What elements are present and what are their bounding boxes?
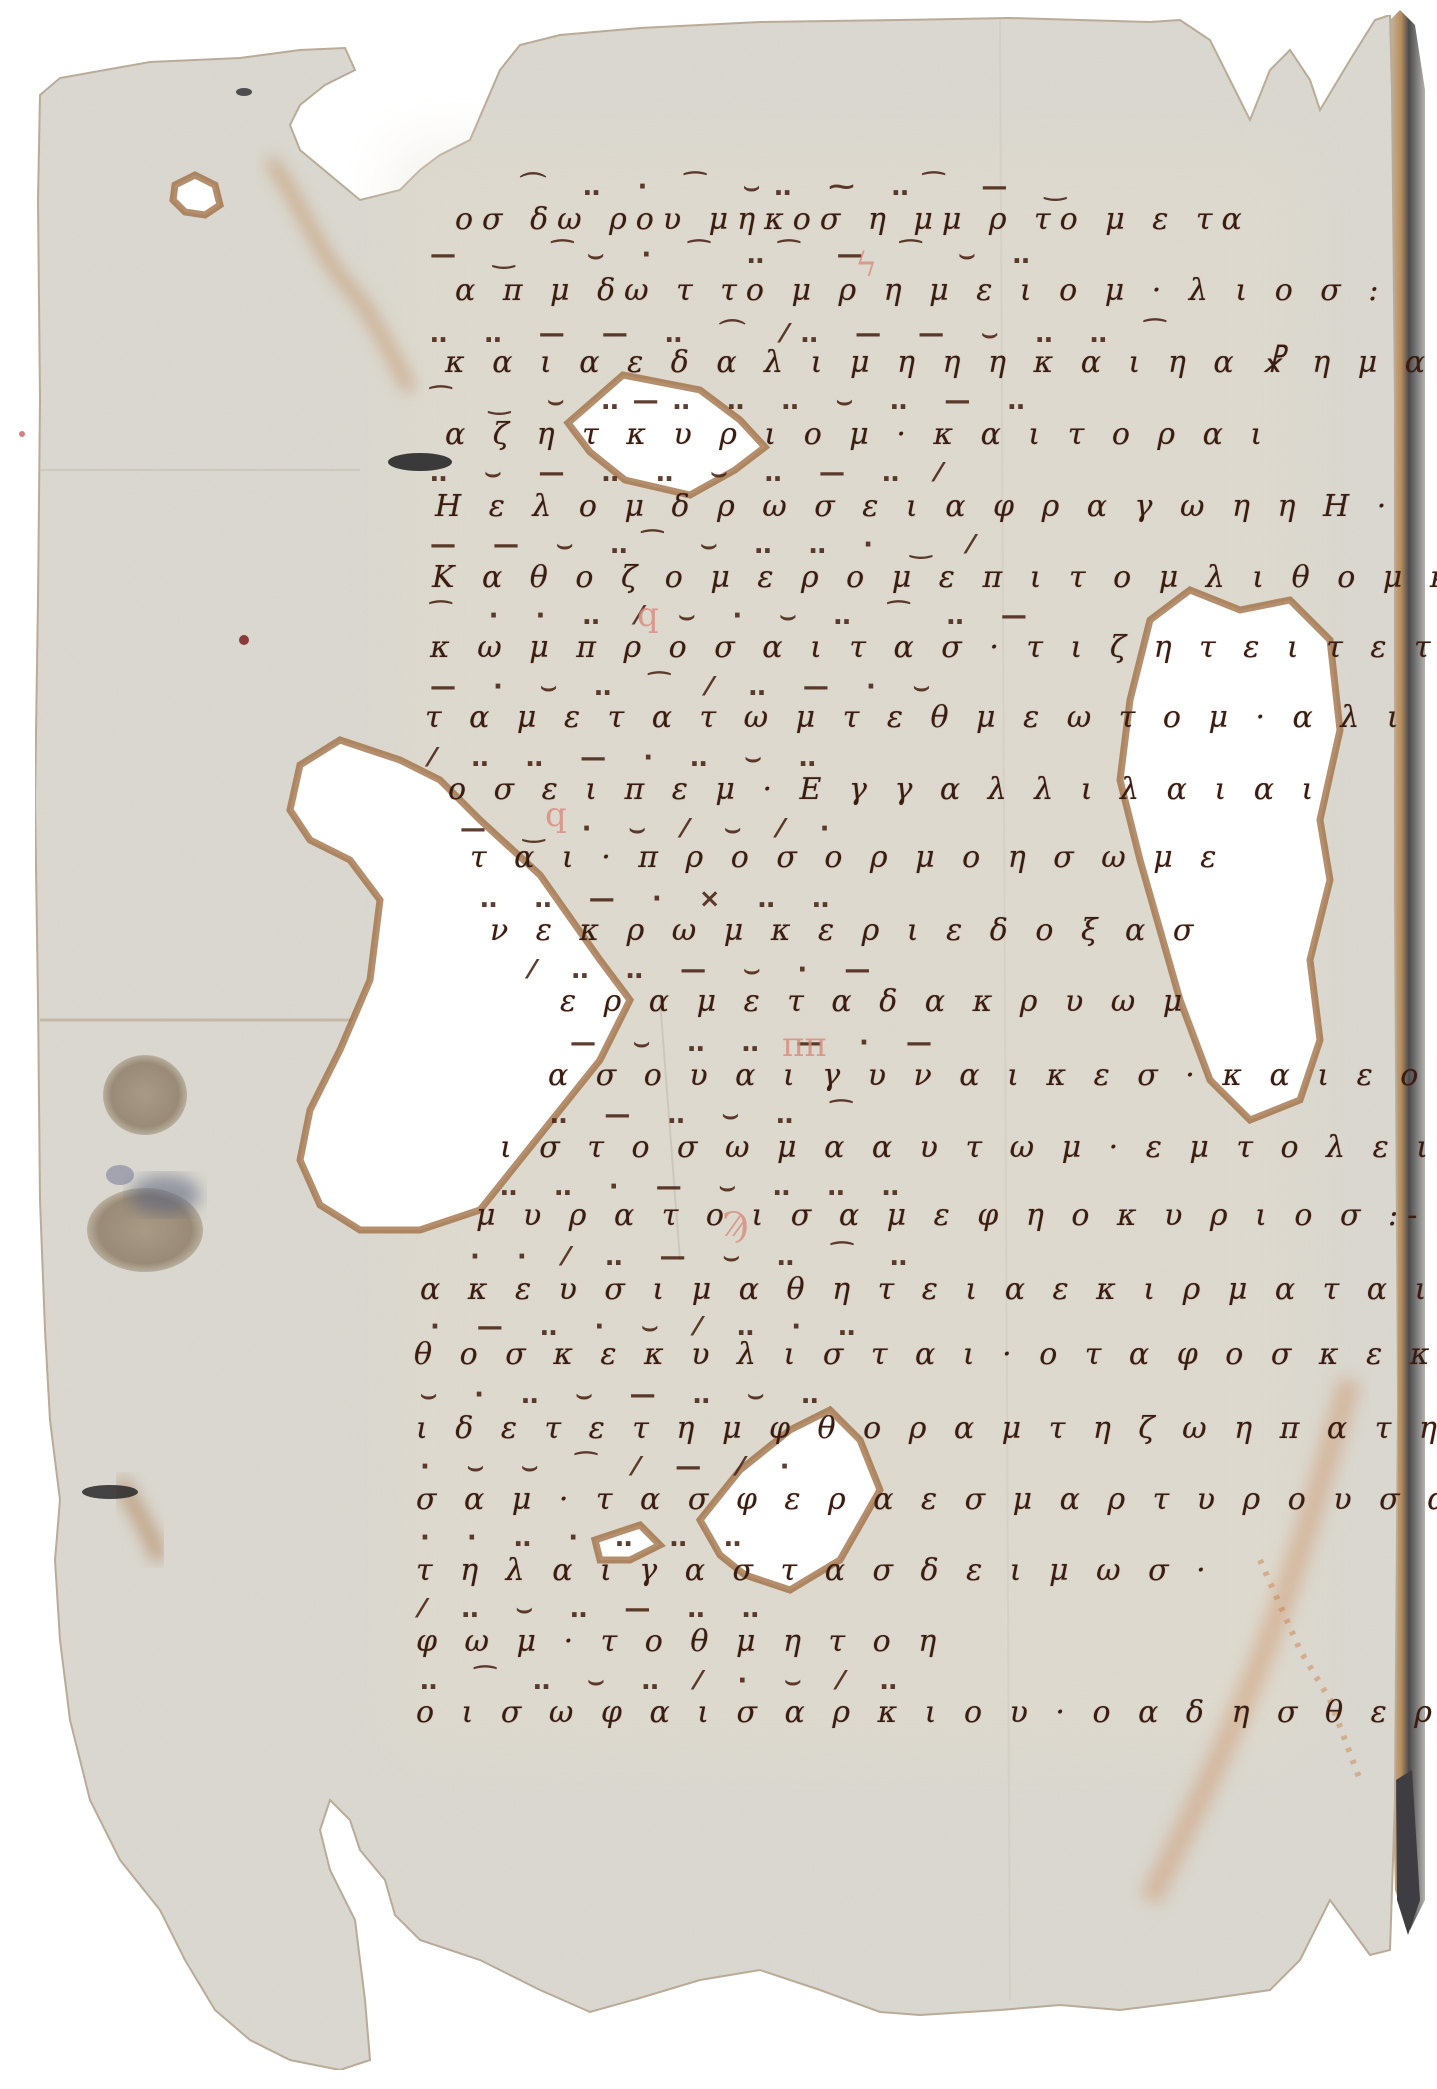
round-stain-upper	[103, 1055, 187, 1135]
paper-sheet	[19, 15, 1398, 2070]
manuscript-illustration	[0, 0, 1437, 2089]
manuscript-photo: οσ δω ρου μηκοσ η μμ ρ το μ ε ταα π μ δω…	[0, 0, 1437, 2089]
